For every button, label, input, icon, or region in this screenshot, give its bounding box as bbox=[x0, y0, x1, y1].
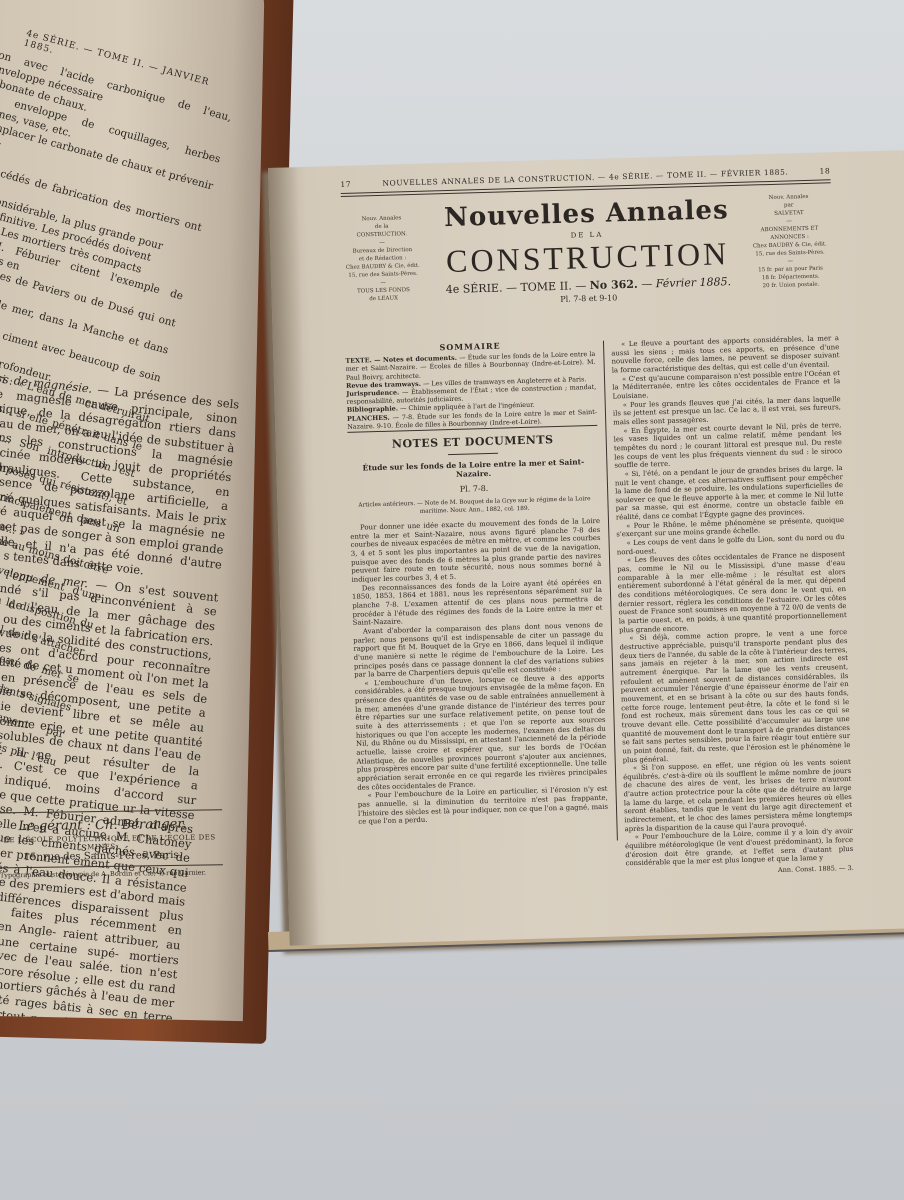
column-left: NOTES ET DOCUMENTS Étude sur les fonds d… bbox=[347, 425, 608, 827]
article-reference: Articles antérieurs. — Note de M. Bouque… bbox=[349, 496, 599, 518]
sommaire: SOMMAIRE TEXTE. — Notes et documents. — … bbox=[345, 339, 597, 431]
left-page-lower: ers de magnésie. — La présence des sels … bbox=[0, 371, 240, 1021]
series: 4e SÉRIE. bbox=[446, 282, 503, 297]
right-page: 17 NOUVELLES ANNALES DE LA CONSTRUCTION.… bbox=[268, 150, 904, 945]
address-line: 15, rue des Saints-Pères, Paris. bbox=[0, 849, 223, 863]
text-line: « Le fleuve a pourtant des apports consi… bbox=[611, 334, 840, 375]
left-page: 4e SÉRIE. — TOME II. — JANVIER 1885. iso… bbox=[0, 0, 265, 1021]
issue-date: Février 1885. bbox=[656, 275, 732, 290]
masthead-center: Nouvelles Annales DE LA CONSTRUCTION 4e … bbox=[426, 195, 749, 308]
gerant-line: Le gérant : Ch. Béranger, bbox=[0, 816, 222, 834]
text-line: Des reconnaissances des fonds de la Loir… bbox=[352, 577, 603, 627]
photo-scene: 4e SÉRIE. — TOME II. — JANVIER 1885. iso… bbox=[0, 0, 904, 1200]
text-line: Pour donner une idée exacte du mouvement… bbox=[350, 517, 602, 585]
column-right-body: « Le fleuve a pourtant des apports consi… bbox=[611, 334, 854, 868]
printer-line: Typographie et stéréotypie de A. Bordin … bbox=[0, 864, 223, 879]
masthead-left-box: Nouv. Annalesde laCONSTRUCTION.—Bureaux … bbox=[341, 214, 423, 304]
section-title: NOTES ET DOCUMENTS bbox=[347, 425, 598, 458]
text-line: 20 fr. Union postale. bbox=[748, 280, 833, 290]
text-line: « Si déjà, comme action propre, le vent … bbox=[619, 628, 851, 764]
text-line: de LEAUX bbox=[344, 294, 424, 304]
right-running-head: 17 NOUVELLES ANNALES DE LA CONSTRUCTION.… bbox=[340, 166, 830, 194]
title-main: CONSTRUCTION bbox=[427, 237, 748, 278]
column-left-body: Pour donner une idée exacte du mouvement… bbox=[350, 517, 608, 827]
masthead: Nouv. Annalesde laCONSTRUCTION.—Bureaux … bbox=[341, 192, 834, 336]
text-line: « Les fleuves des côtes occidentales de … bbox=[617, 550, 847, 634]
left-page-footer: Le gérant : Ch. Béranger, VE DE L'ÉCOLE … bbox=[0, 809, 223, 879]
page-number-right: 18 bbox=[819, 166, 830, 175]
issue-number: No 362. bbox=[590, 278, 638, 292]
article-plate: Pl. 7-8. bbox=[349, 481, 599, 497]
text-line: « Pour l'embouchure de la Loire, comme i… bbox=[625, 827, 854, 868]
tome: TOME II. bbox=[520, 280, 572, 294]
text-line: « L'embouchure d'un fleuve, lorsque ce f… bbox=[354, 673, 607, 792]
column-right: « Le fleuve a pourtant des apports consi… bbox=[611, 334, 854, 878]
page-number-left: 17 bbox=[340, 180, 351, 189]
article-title: Étude sur les fonds de la Loire entre la… bbox=[348, 457, 598, 482]
text-line: « Si l'on suppose, en effet, une région … bbox=[623, 758, 853, 834]
text-line: « En Égypte, la mer est courte devant le… bbox=[613, 421, 842, 471]
text-line: « Si, l'été, on a pendant le jour de gra… bbox=[615, 464, 844, 522]
text-line: Avant d'aborder la comparaison des plans… bbox=[353, 621, 604, 680]
text-line: « Pour l'embouchure de la Loire en parti… bbox=[357, 785, 608, 827]
masthead-right-box: Nouv. AnnalesparSALVETAT—ABONNEMENTS ET … bbox=[746, 192, 834, 290]
